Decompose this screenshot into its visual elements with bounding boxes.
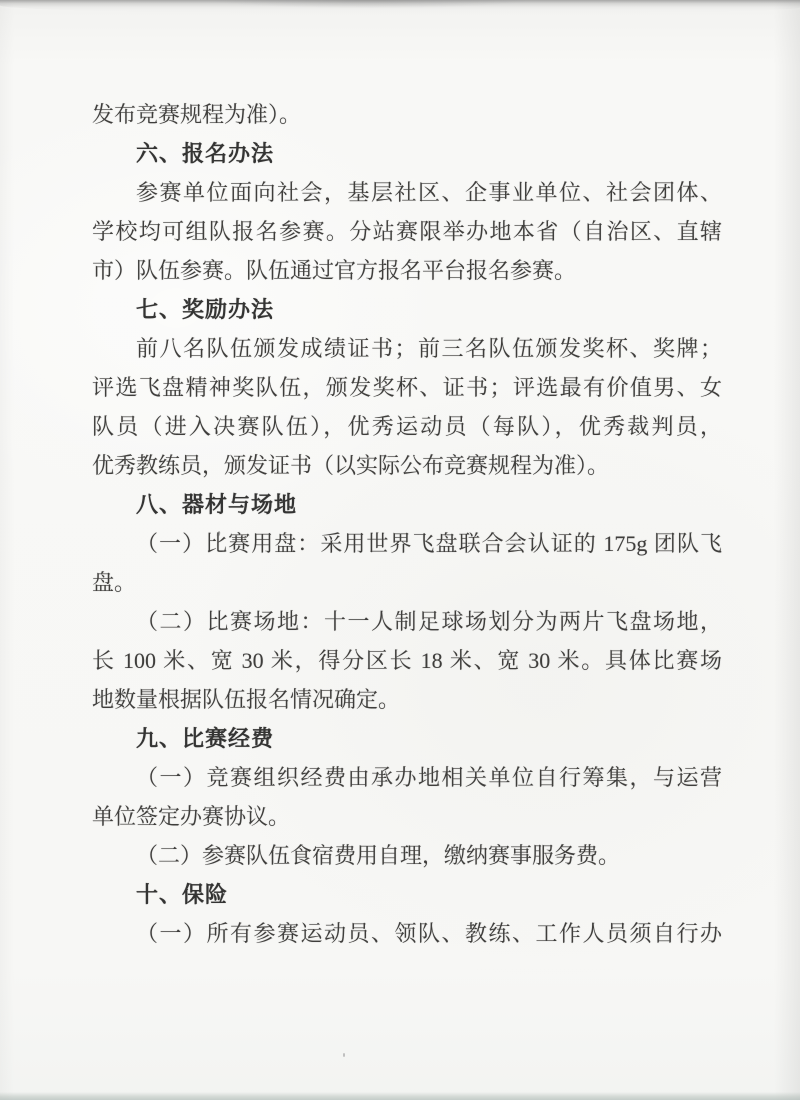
document-line: （二）比赛场地：十一人制足球场划分为两片飞盘场地， <box>92 602 722 641</box>
scanned-page: 发布竞赛规程为准）。 六、报名办法 参赛单位面向社会，基层社区、企事业单位、社会… <box>0 0 800 1100</box>
document-line: 参赛单位面向社会，基层社区、企事业单位、社会团体、 <box>92 173 722 212</box>
scan-right-edge-shadow <box>774 0 800 1100</box>
document-line: （一）所有参赛运动员、领队、教练、工作人员须自行办 <box>92 914 722 953</box>
document-line: 学校均可组队报名参赛。分站赛限举办地本省（自治区、直辖 <box>92 212 722 251</box>
scan-bottom-edge-artifact <box>0 1092 800 1100</box>
document-line: 优秀教练员，颁发证书（以实际公布竞赛规程为准）。 <box>92 446 722 485</box>
heading-awards: 七、奖励办法 <box>92 290 722 329</box>
document-line: 盘。 <box>92 563 722 602</box>
heading-insurance: 十、保险 <box>92 875 722 914</box>
document-line: 前八名队伍颁发成绩证书；前三名队伍颁发奖杯、奖牌； <box>92 329 722 368</box>
document-body: 发布竞赛规程为准）。 六、报名办法 参赛单位面向社会，基层社区、企事业单位、社会… <box>92 95 722 953</box>
scan-left-edge-shadow <box>0 0 14 1100</box>
heading-registration: 六、报名办法 <box>92 134 722 173</box>
document-line: 单位签定办赛协议。 <box>92 797 722 836</box>
scan-top-shadow-artifact <box>160 0 580 20</box>
document-line: 队员（进入决赛队伍），优秀运动员（每队），优秀裁判员， <box>92 407 722 446</box>
heading-expenses: 九、比赛经费 <box>92 719 722 758</box>
document-line: 市）队伍参赛。队伍通过官方报名平台报名参赛。 <box>92 251 722 290</box>
heading-equipment-venue: 八、器材与场地 <box>92 485 722 524</box>
document-line: （一）竞赛组织经费由承办地相关单位自行筹集，与运营 <box>92 758 722 797</box>
document-line: 发布竞赛规程为准）。 <box>92 95 722 134</box>
document-line: 长 100 米、宽 30 米，得分区长 18 米、宽 30 米。具体比赛场 <box>92 641 722 680</box>
document-line: （二）参赛队伍食宿费用自理，缴纳赛事服务费。 <box>92 836 722 875</box>
scan-dust-speck <box>343 1053 345 1057</box>
document-line: 地数量根据队伍报名情况确定。 <box>92 680 722 719</box>
document-line: （一）比赛用盘：采用世界飞盘联合会认证的 175g 团队飞 <box>92 524 722 563</box>
document-line: 评选飞盘精神奖队伍，颁发奖杯、证书；评选最有价值男、女 <box>92 368 722 407</box>
